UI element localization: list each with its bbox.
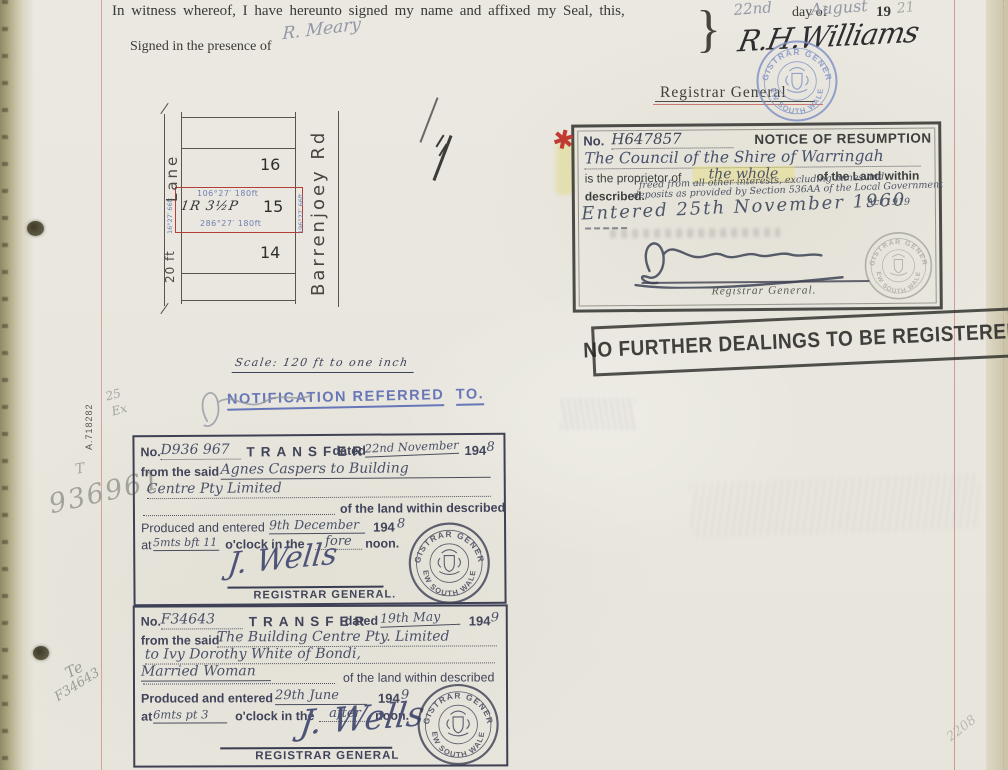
t1-no-label: No. — [140, 445, 160, 459]
bearing-right: 196°27′ 66ft — [297, 188, 305, 234]
t1-produced-date: 9th December — [269, 517, 365, 535]
right-margin-rule — [954, 0, 955, 770]
resumption-stamp: ✱ No. H647857 NOTICE OF RESUMPTION The C… — [571, 121, 943, 312]
plan-boundary — [181, 148, 296, 149]
t2-signature-rule — [220, 747, 392, 749]
seal-arc-top: REGISTRAR GENERAL — [755, 39, 834, 82]
t2-signature: J. Wells — [298, 694, 427, 744]
transfer-stamp-1: No. D936 967 TRANSFER dated 22nd Novembe… — [132, 433, 506, 607]
pen-stroke-mark — [419, 97, 438, 143]
resumption-no-label: No. — [583, 133, 604, 148]
t1-registrar-label: REGISTRAR GENERAL. — [253, 588, 396, 601]
ghost-pencil-smudge — [560, 398, 635, 430]
t1-number: D936 967 — [160, 442, 240, 461]
t2-parties-line1: The Building Centre Pty. Limited — [217, 628, 497, 647]
t1-parties-line1: Agnes Caspers to Building — [221, 460, 491, 480]
coat-of-arms — [438, 550, 460, 575]
t1-from-label: from the said — [141, 465, 220, 480]
t2-dated-label: dated — [345, 614, 378, 628]
t2-year-digit: 9 — [491, 610, 499, 625]
right-fold-rule — [1003, 0, 1004, 770]
witness-clause: In witness whereof, I have hereunto sign… — [112, 3, 625, 20]
edge-stitch-marks — [2, 0, 8, 770]
parcel-area: 1R 3½P — [179, 199, 239, 214]
plan-boundary — [181, 117, 296, 118]
t1-produced-year: 194 — [373, 519, 395, 534]
pencil-note-small: 25 — [104, 386, 122, 403]
seal-arc-top: REGISTRAR GENERAL — [863, 230, 928, 267]
t1-of-land: of the land within described — [340, 501, 505, 516]
pencil-note-small: Ex — [110, 401, 129, 419]
t1-date: 22nd November — [364, 438, 459, 458]
coat-of-arms — [786, 68, 808, 93]
scanned-title-deed-page: { "colors":{"paper":"#e9e7df","print_ink… — [0, 0, 1008, 770]
t2-number: F34643 — [161, 611, 243, 629]
t2-parties-line2: to Ivy Dorothy White of Bondi, — [145, 645, 495, 664]
coat-of-arms — [447, 711, 469, 736]
t2-time: 6mts pt 3 — [153, 707, 227, 723]
no-further-dealings-stamp: NO FURTHER DEALINGS TO BE REGISTERED — [591, 307, 1008, 376]
t1-produced-label: Produced and entered — [141, 520, 265, 535]
lot-15-label: 15 — [263, 197, 283, 216]
document-reference: A.718282 — [84, 386, 94, 450]
bearing-bottom: 286°27′ 180ft — [200, 219, 261, 228]
no-further-dealings-text: NO FURTHER DEALINGS TO BE REGISTERED — [583, 320, 1008, 364]
scale-note: Scale: 120 ft to one inch — [232, 356, 416, 373]
t2-produced-label: Produced and entered — [141, 691, 273, 705]
binding-hole — [33, 646, 49, 660]
t1-noon: noon. — [365, 536, 399, 550]
registrar-general-blue-seal: REGISTRAR GENERAL NEW SOUTH WALES — [755, 39, 839, 123]
presence-clause: Signed in the presence of — [130, 39, 272, 55]
t1-year-digit: 8 — [486, 440, 494, 455]
lot-16-label: 16 — [260, 155, 280, 174]
red-asterisk-mark: ✱ — [550, 124, 577, 158]
left-margin-rule — [101, 0, 102, 770]
notification-stamp-to: TO. — [456, 386, 485, 406]
t2-registrar-seal: REGISTRAR GENERAL NEW SOUTH WALES — [416, 682, 500, 766]
bearing-top: 106°27′ 180ft — [197, 189, 258, 198]
svg-text:REGISTRAR GENERAL: REGISTRAR GENERAL — [416, 682, 495, 725]
t2-parties-line3: Married Woman — [141, 663, 271, 681]
t1-year-printed: 194 — [464, 443, 486, 458]
svg-text:REGISTRAR GENERAL: REGISTRAR GENERAL — [863, 230, 928, 267]
t2-registrar-label: REGISTRAR GENERAL — [255, 750, 399, 763]
t1-parties-line2: Centre Pty Limited — [147, 479, 491, 499]
resumption-number: H647857 — [611, 129, 733, 149]
seal-arc-top: REGISTRAR GENERAL — [416, 682, 495, 725]
seal-arc-top: REGISTRAR GENERAL — [407, 521, 487, 565]
t1-time: 5mts bft 11 — [153, 536, 219, 551]
lane-label: Lane — [163, 122, 181, 202]
pencil-tick: T — [74, 460, 86, 477]
svg-text:REGISTRAR GENERAL: REGISTRAR GENERAL — [407, 521, 487, 565]
t2-year-printed: 194 — [469, 613, 491, 628]
handwritten-month: August — [810, 0, 868, 19]
plan-boundary — [181, 273, 296, 274]
ink-scrawl-over-stamp — [186, 372, 320, 436]
brace-glyph: } — [696, 4, 721, 56]
lane-width-label: 20 ft — [163, 233, 177, 283]
handwritten-day: 22nd — [733, 0, 773, 19]
t2-blank-rule — [143, 683, 335, 685]
t1-blank-rule — [143, 514, 335, 516]
coat-of-arms — [890, 254, 907, 275]
plan-tick — [160, 103, 168, 114]
t2-date: 19th May — [380, 608, 461, 628]
resumption-title: NOTICE OF RESUMPTION — [754, 130, 931, 147]
plan-road-line — [338, 111, 339, 307]
transfer-stamp-2: No. F34643 TRANSFER dated 19th May 194 9… — [133, 604, 509, 767]
t1-registrar-seal: REGISTRAR GENERAL NEW SOUTH WALES — [407, 521, 492, 606]
t2-no-label: No. — [141, 615, 161, 629]
resumption-faded-seal: REGISTRAR GENERAL NEW SOUTH WALES — [863, 230, 934, 301]
right-edge-band — [986, 0, 1008, 770]
t1-produced-year-digit: 8 — [397, 516, 405, 531]
plan-boundary — [181, 300, 296, 301]
ghost-pencil-smudge — [689, 473, 981, 538]
pen-stroke-mark — [432, 135, 452, 181]
resumption-registrar-label: Registrar General. — [712, 284, 817, 297]
binding-hole — [27, 221, 44, 236]
t1-at-label: at — [141, 538, 152, 552]
svg-text:REGISTRAR GENERAL: REGISTRAR GENERAL — [755, 39, 834, 82]
road-label: Barrenjoey Rd — [308, 114, 329, 296]
t2-at-label: at — [141, 710, 152, 724]
corner-pencil-number: 2208 — [944, 713, 979, 745]
lot-14-label: 14 — [260, 243, 280, 262]
survey-plan: 16 15 14 1R 3½P 106°27′ 180ft 286°27′ 18… — [150, 100, 362, 315]
t1-dated-label: dated — [332, 444, 365, 458]
